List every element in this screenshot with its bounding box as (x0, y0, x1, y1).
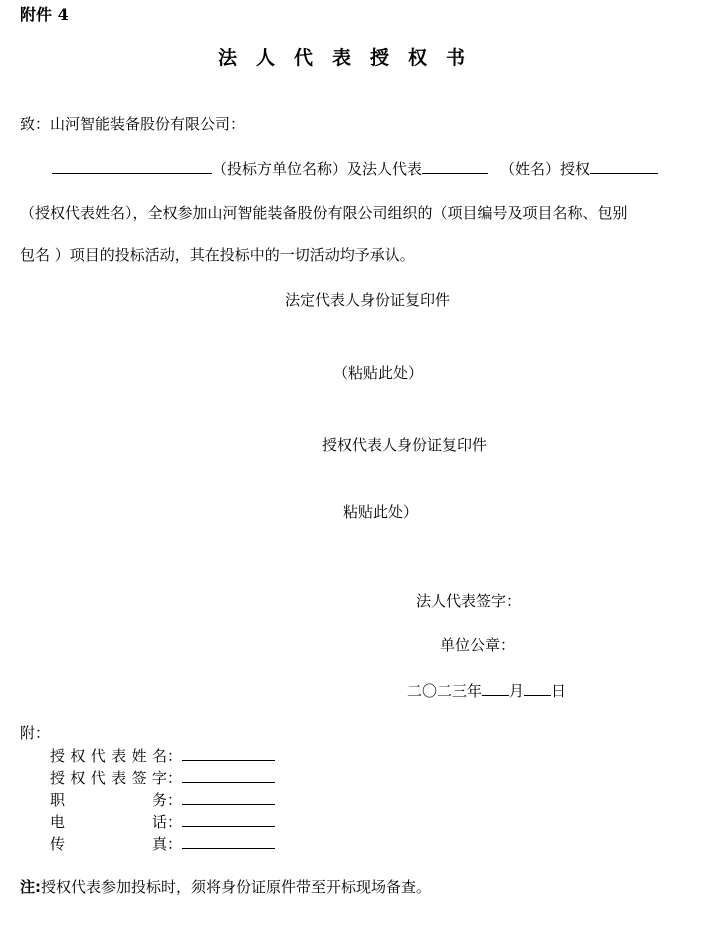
company-name-blank[interactable] (52, 158, 212, 174)
field-label: 授权代表签字 (50, 767, 167, 789)
appendix-field-position: 职务： (50, 788, 275, 810)
authorization-paragraph-line-1: （投标方单位名称）及法人代表（姓名）授权 (52, 158, 658, 179)
legal-rep-signature-label: 法人代表签字： (416, 591, 521, 611)
field-colon: ： (167, 747, 182, 765)
field-label: 职务 (50, 789, 167, 811)
attachment-label: 附件 4 (20, 5, 69, 25)
footnote-prefix: 注: (20, 878, 41, 896)
agent-name-input[interactable] (182, 744, 275, 761)
agent-signature-input[interactable] (182, 766, 275, 783)
field-colon: ： (167, 835, 182, 853)
legal-rep-name-blank[interactable] (422, 158, 488, 174)
fax-input[interactable] (182, 832, 275, 849)
footnote-text: 授权代表参加投标时，须将身份证原件带至开标现场备查。 (41, 878, 431, 896)
field-colon: ： (167, 769, 182, 787)
appendix-field-fax: 传真： (50, 832, 275, 854)
field-colon: ： (167, 813, 182, 831)
appendix-field-agent-signature: 授权代表签字： (50, 766, 275, 788)
company-name-hint: （投标方单位名称）及法人代表 (212, 160, 422, 178)
agent-id-copy-label: 授权代表人身份证复印件 (322, 435, 487, 455)
appendix-label: 附： (20, 723, 50, 743)
appendix-field-agent-name: 授权代表姓名： (50, 744, 275, 766)
authorization-paragraph-line-2: （授权代表姓名），全权参加山河智能装备股份有限公司组织的（项目编号及项目名称、包… (20, 203, 628, 223)
footnote: 注:授权代表参加投标时，须将身份证原件带至开标现场备查。 (20, 877, 431, 897)
position-input[interactable] (182, 788, 275, 805)
day-blank[interactable] (524, 680, 551, 696)
document-title: 法人代表授权书 (218, 48, 484, 68)
field-label: 传真 (50, 833, 167, 855)
date-line: 二〇二三年月日 (407, 680, 566, 701)
legal-rep-id-copy-label: 法定代表人身份证复印件 (285, 290, 450, 310)
field-label: 电话 (50, 811, 167, 833)
addressee-line: 致：山河智能装备股份有限公司： (20, 114, 245, 134)
date-year: 二〇二三年 (407, 682, 482, 700)
legal-rep-id-paste-area: （粘贴此处） (333, 363, 423, 383)
legal-rep-name-hint: （姓名）授权 (500, 160, 590, 178)
appendix-field-phone: 电话： (50, 810, 275, 832)
field-colon: ： (167, 791, 182, 809)
date-month-label: 月 (509, 682, 524, 700)
agent-id-paste-area: 粘贴此处） (343, 502, 418, 522)
authorization-paragraph-line-3: 包名 ）项目的投标活动，其在投标中的一切活动均予承认。 (20, 245, 415, 265)
phone-input[interactable] (182, 810, 275, 827)
agent-name-blank[interactable] (590, 158, 658, 174)
field-label: 授权代表姓名 (50, 745, 167, 767)
date-day-label: 日 (551, 682, 566, 700)
month-blank[interactable] (482, 680, 509, 696)
company-seal-label: 单位公章： (440, 635, 515, 655)
